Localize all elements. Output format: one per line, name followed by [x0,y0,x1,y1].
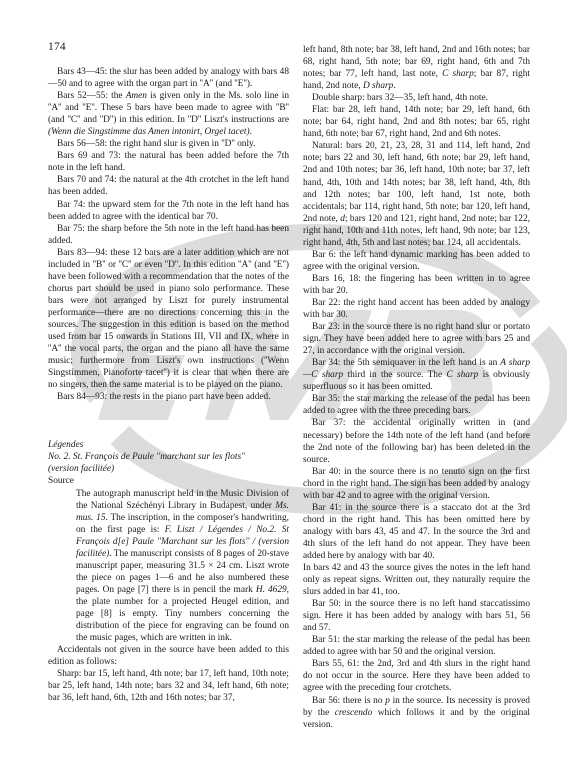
text-run: Natural: bars 20, 21, 23, 28, 31 and 114… [303,141,530,223]
natural-list: Natural: bars 20, 21, 23, 28, 31 and 114… [303,140,530,248]
note-bars-55-61: Bars 55, 61: the 2nd, 3rd and 4th slurs … [303,658,530,694]
right-column: left hand, 8th note; bar 38, left hand, … [303,44,530,731]
italic-text: D sharp [363,81,393,91]
note-bar-56: Bar 56: there is no p in the source. Its… [303,695,530,731]
page-number: 174 [48,41,66,53]
note-bar-34: Bar 34: the 5th semiquaver in the left h… [303,357,530,393]
italic-text: C sharp [442,69,474,79]
note-bar-50: Bar 50: in the source there is no left h… [303,598,530,634]
note-bars-52-55: Bars 52—55: the Amen is given only in th… [48,90,289,138]
text-run: The autograph manuscript held in the Mus… [76,489,289,511]
sharp-list-continued: left hand, 8th note; bar 38, left hand, … [303,44,530,92]
accidentals-intro: Accidentals not given in the source have… [48,644,289,668]
italic-text: C sharp [446,370,478,380]
piece-subtitle: (version facilitée) [48,463,289,475]
note-bars-43-45: Bars 43—45: the slur has been added by a… [48,66,289,90]
note-bar-23: Bar 23: in the source there is no right … [303,321,530,357]
note-bar-22: Bar 22: the right hand accent has been a… [303,297,530,321]
sharp-list-start: Sharp: bar 15, left hand, 4th note; bar … [48,668,289,704]
note-bar-35: Bar 35: the star marking the release of … [303,393,530,417]
note-bars-84-93: Bars 84—93: the rests in the piano part … [48,391,289,403]
note-bars-69-73: Bars 69 and 73: the natural has been add… [48,150,289,174]
note-bars-83-94: Bars 83—94: these 12 bars are a later ad… [48,247,289,392]
text-run: . [250,127,252,137]
italic-text: crescendo [335,708,373,718]
note-bar-75: Bar 75: the sharp before the 5th note in… [48,223,289,247]
italic-text: (Wenn die Singstimme das Amen intonirt, … [48,127,250,137]
note-bar-40: Bar 40: in the source there is no tenuto… [303,466,530,502]
note-bars-16-18: Bars 16, 18: the fingering has been writ… [303,273,530,297]
note-bar-74: Bar 74: the upward stem for the 7th note… [48,199,289,223]
text-run: third in the source. The [343,370,446,380]
note-bar-37: Bar 37: the accidental originally writte… [303,417,530,465]
italic-text: Amen [126,91,147,101]
section-spacer [48,403,289,439]
section-heading: Légendes [48,439,289,451]
double-sharp-list: Double sharp: bars 32—35, left hand, 4th… [303,92,530,104]
text-run: . [393,81,395,91]
text-run: Bars 52—55: the [57,91,126,101]
note-bar-51: Bar 51: the star marking the release of … [303,634,530,658]
text-run: Bar 34: the 5th semiquaver in the left h… [312,358,500,368]
note-bars-56-58: Bars 56—58: the right hand slur is given… [48,138,289,150]
source-description: The autograph manuscript held in the Mus… [76,488,289,645]
flat-list: Flat: bar 28, left hand, 14th note; bar … [303,104,530,140]
left-column: Bars 43—45: the slur has been added by a… [48,66,289,704]
note-bars-70-74: Bars 70 and 74: the natural at the 4th c… [48,174,289,198]
text-run: Bar 56: there is no [312,696,385,706]
plate-mark: H. 4629 [256,585,287,595]
note-bars-42-43: In bars 42 and 43 the source gives the n… [303,562,530,598]
note-bar-41: Bar 41: in the source there is a staccat… [303,502,530,562]
note-bar-6: Bar 6: the left hand dynamic marking has… [303,249,530,273]
piece-title: No. 2. St. François de Paule ''marchant … [48,451,289,463]
source-label: Source [48,475,289,487]
